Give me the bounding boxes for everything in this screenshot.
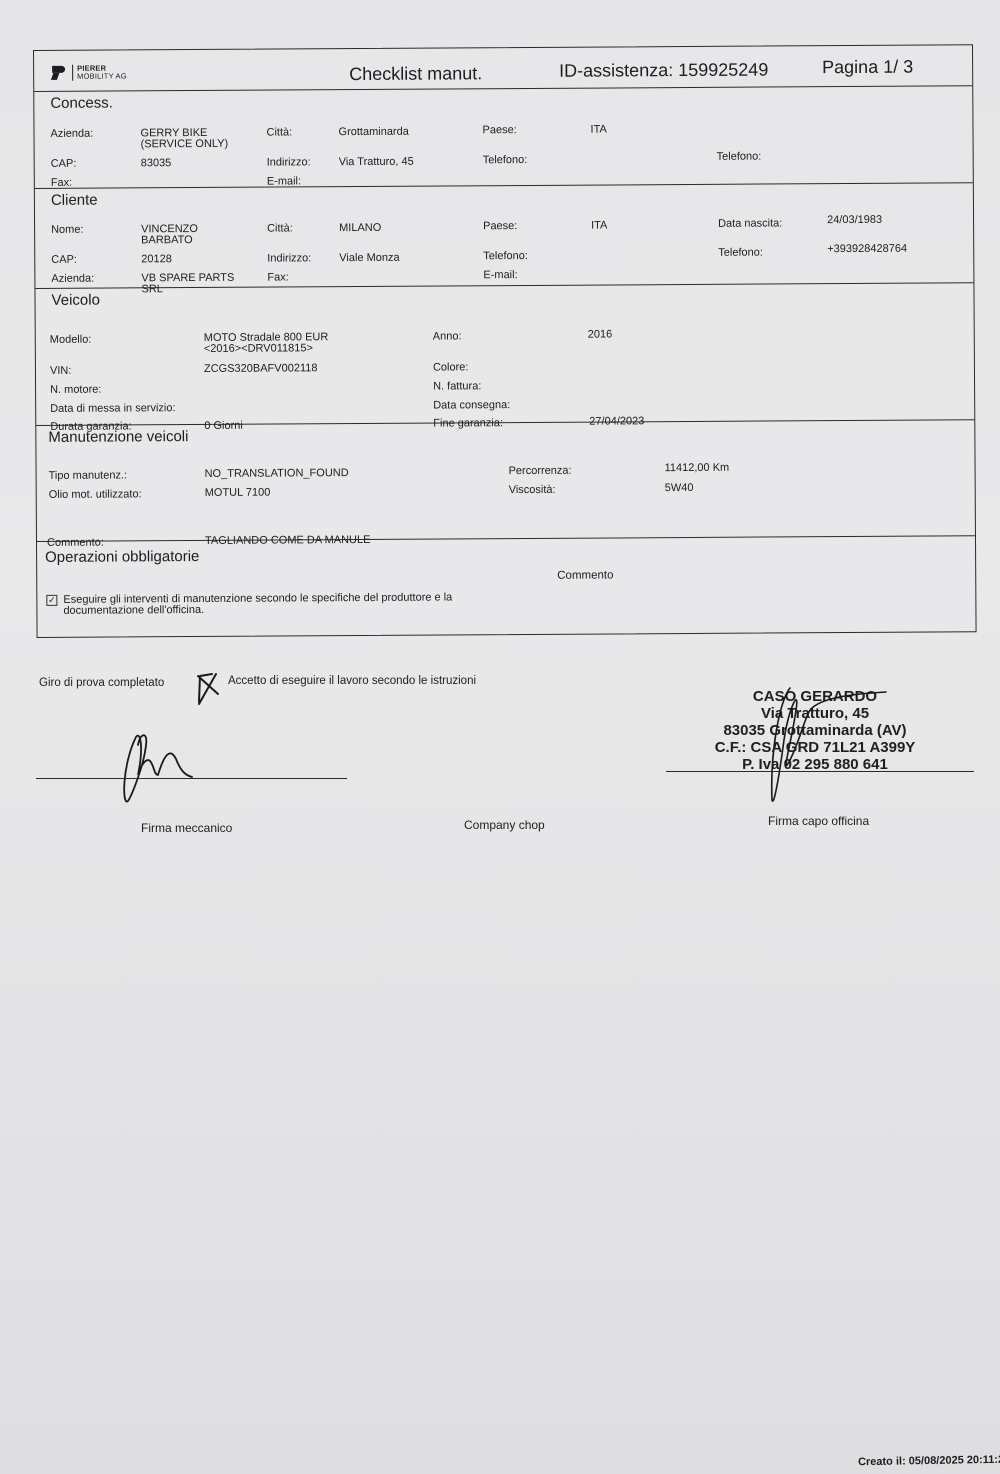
assistance-id: ID-assistenza: 159925249 [559, 60, 768, 82]
pierer-logo-icon [52, 66, 68, 80]
fax-label: Fax: [267, 272, 288, 283]
checklist-form: PIERER MOBILITY AG Checklist manut. ID-a… [33, 44, 977, 638]
indirizzo-value: Viale Monza [339, 253, 399, 264]
messa-servizio-label: Data di messa in servizio: [50, 403, 175, 415]
commento-column-header: Commento [557, 570, 613, 581]
consegna-label: Data consegna: [433, 400, 510, 411]
page-number: Pagina 1/ 3 [822, 57, 913, 79]
assistance-id-value: 159925249 [678, 60, 768, 81]
paese-value: ITA [591, 220, 607, 231]
olio-value: MOTUL 7100 [205, 488, 271, 499]
cap-value: 20128 [141, 254, 172, 265]
paese-value: ITA [590, 124, 606, 135]
section-title: Concess. [50, 95, 113, 112]
indirizzo-value: Via Tratturo, 45 [339, 157, 414, 168]
telefono-label: Telefono: [483, 251, 528, 262]
viscosita-value: 5W40 [665, 483, 694, 494]
operation-line2: documentazione dell'officina. [63, 603, 452, 616]
supervisor-signature-line [666, 771, 974, 772]
section-manutenzione: Manutenzione veicoli Tipo manutenz.: NO_… [36, 419, 975, 542]
cap-label: CAP: [51, 159, 77, 170]
tipo-manutenzione-label: Tipo manutenz.: [49, 470, 128, 481]
anno-label: Anno: [433, 331, 462, 342]
modello-label: Modello: [50, 335, 92, 346]
data-nascita-value: 24/03/1983 [827, 215, 882, 226]
citta-label: Città: [267, 223, 293, 234]
firma-meccanico-label: Firma meccanico [141, 821, 232, 835]
data-nascita-label: Data nascita: [718, 218, 782, 229]
mechanic-signature-icon [110, 725, 200, 805]
form-header: PIERER MOBILITY AG Checklist manut. ID-a… [34, 45, 972, 92]
olio-label: Olio mot. utilizzato: [49, 489, 142, 501]
created-timestamp: Creato il: 05/08/2025 20:11:2 [858, 1454, 1000, 1469]
section-title: Operazioni obbligatorie [45, 548, 199, 566]
viscosita-label: Viscosità: [509, 485, 556, 496]
nome-label: Nome: [51, 225, 83, 236]
telefono-label: Telefono: [483, 155, 528, 166]
telefono2-value: +393928428764 [827, 244, 907, 255]
vin-value: ZCGS320BAFV002118 [204, 363, 318, 375]
anno-value: 2016 [588, 329, 613, 340]
checkbox-cross-mark-icon [194, 668, 224, 708]
operation-checkbox[interactable]: ✓ [46, 595, 57, 606]
motore-label: N. motore: [50, 385, 101, 396]
fattura-label: N. fattura: [433, 381, 481, 392]
azienda-label: Azienda: [51, 274, 94, 285]
section-concess: Concess. Azienda: GERRY BIKE (SERVICE ON… [34, 85, 973, 189]
section-cliente: Cliente Nome: VINCENZO BARBATO Città: MI… [35, 182, 974, 289]
indirizzo-label: Indirizzo: [267, 157, 311, 168]
pierer-logo: PIERER MOBILITY AG [52, 64, 127, 80]
azienda-label: Azienda: [50, 129, 93, 140]
email-label: E-mail: [483, 270, 517, 281]
document-title: Checklist manut. [349, 63, 482, 85]
giro-prova-label: Giro di prova completato [39, 677, 164, 689]
paese-label: Paese: [483, 221, 517, 232]
paese-label: Paese: [482, 125, 516, 136]
citta-label: Città: [266, 127, 292, 138]
telefono2-label: Telefono: [717, 152, 762, 163]
logo-divider [72, 65, 73, 81]
cap-label: CAP: [51, 255, 77, 266]
citta-value: MILANO [339, 223, 381, 234]
azienda-value: GERRY BIKE (SERVICE ONLY) [140, 128, 250, 151]
percorrenza-value: 11412,00 Km [665, 463, 730, 474]
firma-capo-label: Firma capo officina [768, 814, 869, 828]
section-title: Veicolo [51, 292, 99, 309]
company-chop-label: Company chop [464, 818, 545, 832]
nome-value: VINCENZO BARBATO [141, 224, 231, 247]
supervisor-signature-icon [760, 680, 890, 810]
percorrenza-label: Percorrenza: [509, 466, 572, 477]
citta-value: Grottaminarda [338, 127, 408, 138]
section-title: Cliente [51, 192, 98, 209]
vin-label: VIN: [50, 366, 71, 377]
section-title: Manutenzione veicoli [48, 428, 188, 446]
indirizzo-label: Indirizzo: [267, 253, 311, 264]
checkmark-icon: ✓ [48, 595, 56, 605]
section-operazioni: Operazioni obbligatorie Commento ✓ Esegu… [37, 535, 976, 639]
tipo-manutenzione-value: NO_TRANSLATION_FOUND [205, 468, 349, 480]
accetto-label: Accetto di eseguire il lavoro secondo le… [228, 675, 476, 687]
assistance-id-label: ID-assistenza: [559, 60, 673, 81]
cap-value: 83035 [141, 158, 172, 169]
modello-value: MOTO Stradale 800 EUR <2016><DRV011815> [204, 332, 354, 355]
logo-line2: MOBILITY AG [77, 72, 127, 80]
operation-text: Eseguire gli interventi di manutenzione … [63, 592, 452, 616]
section-veicolo: Veicolo Modello: MOTO Stradale 800 EUR <… [35, 282, 974, 426]
colore-label: Colore: [433, 362, 469, 373]
telefono2-label: Telefono: [718, 248, 763, 259]
mechanic-signature-line [36, 778, 347, 779]
